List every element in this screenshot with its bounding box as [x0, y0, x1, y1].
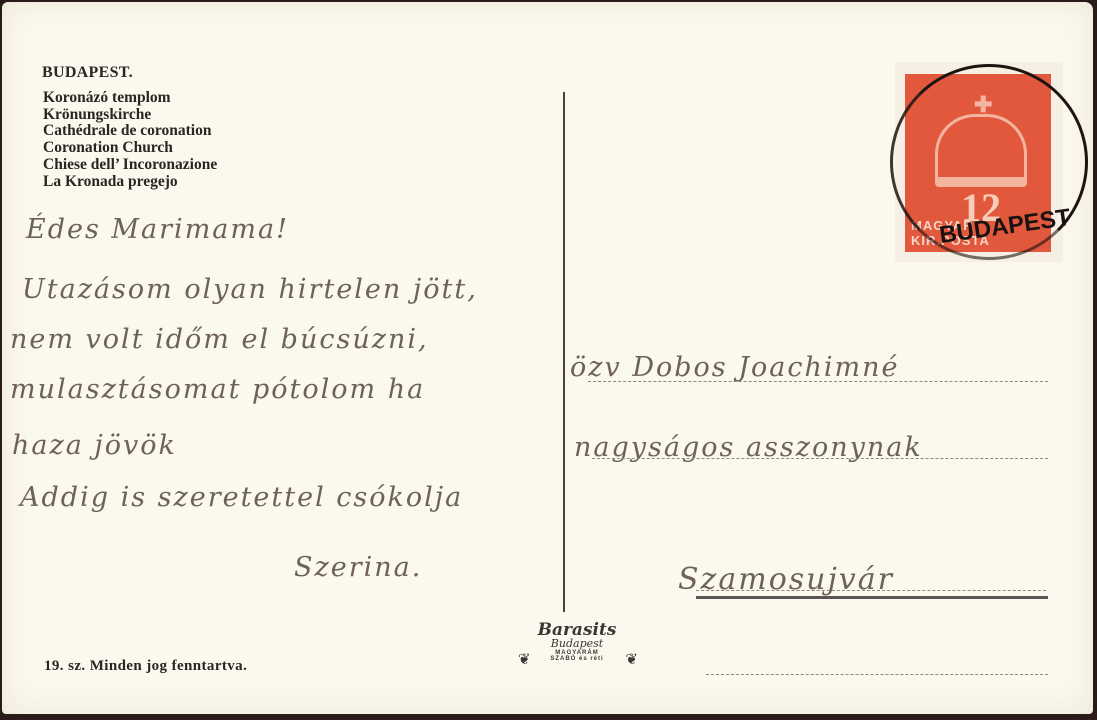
address-city-underline: [696, 596, 1048, 599]
address-recipient: özv Dobos Joachimné: [570, 352, 900, 383]
publisher-logo: ❦ ❦ Barasits Budapest MAGYARÁM SZABÓ és …: [520, 620, 634, 662]
printed-title: BUDAPEST.: [42, 64, 133, 82]
message-greeting: Édes Marimama!: [26, 214, 289, 245]
message-line: mulasztásomat pótolom ha: [10, 374, 425, 405]
publisher-line2: SZABÓ és réti: [520, 656, 634, 662]
center-divider: [563, 92, 565, 612]
address-rule-1: [588, 381, 1048, 382]
printed-captions: Koronázó templom Krönungskirche Cathédra…: [43, 90, 217, 190]
leaf-left-icon: ❦: [518, 650, 531, 669]
message-line: Addig is szeretettel csókolja: [20, 482, 463, 513]
caption-esperanto: La Kronada pregejo: [43, 174, 217, 191]
caption-english: Coronation Church: [43, 140, 217, 157]
leaf-right-icon: ❦: [625, 650, 638, 669]
message-line: Utazásom olyan hirtelen jött,: [22, 274, 478, 305]
message-signature: Szerina.: [294, 552, 422, 583]
address-city: Szamosujvár: [678, 562, 894, 597]
address-rule-2: [592, 458, 1048, 459]
caption-hungarian: Koronázó templom: [43, 90, 217, 107]
address-rule-3: [696, 590, 1046, 591]
caption-german: Krönungskirche: [43, 107, 217, 124]
message-line: nem volt időm el búcsúzni,: [10, 324, 429, 355]
caption-french: Cathédrale de coronation: [43, 123, 217, 140]
postmark-cancellation: BUDAPEST: [890, 64, 1088, 260]
message-line: haza jövök: [12, 430, 177, 461]
postcard-back: BUDAPEST. Koronázó templom Krönungskirch…: [2, 2, 1093, 714]
address-rule-4: [706, 674, 1048, 675]
imprint-text: 19. sz. Minden jog fenntartva.: [44, 658, 247, 675]
caption-italian: Chiese dell’ Incoronazione: [43, 157, 217, 174]
